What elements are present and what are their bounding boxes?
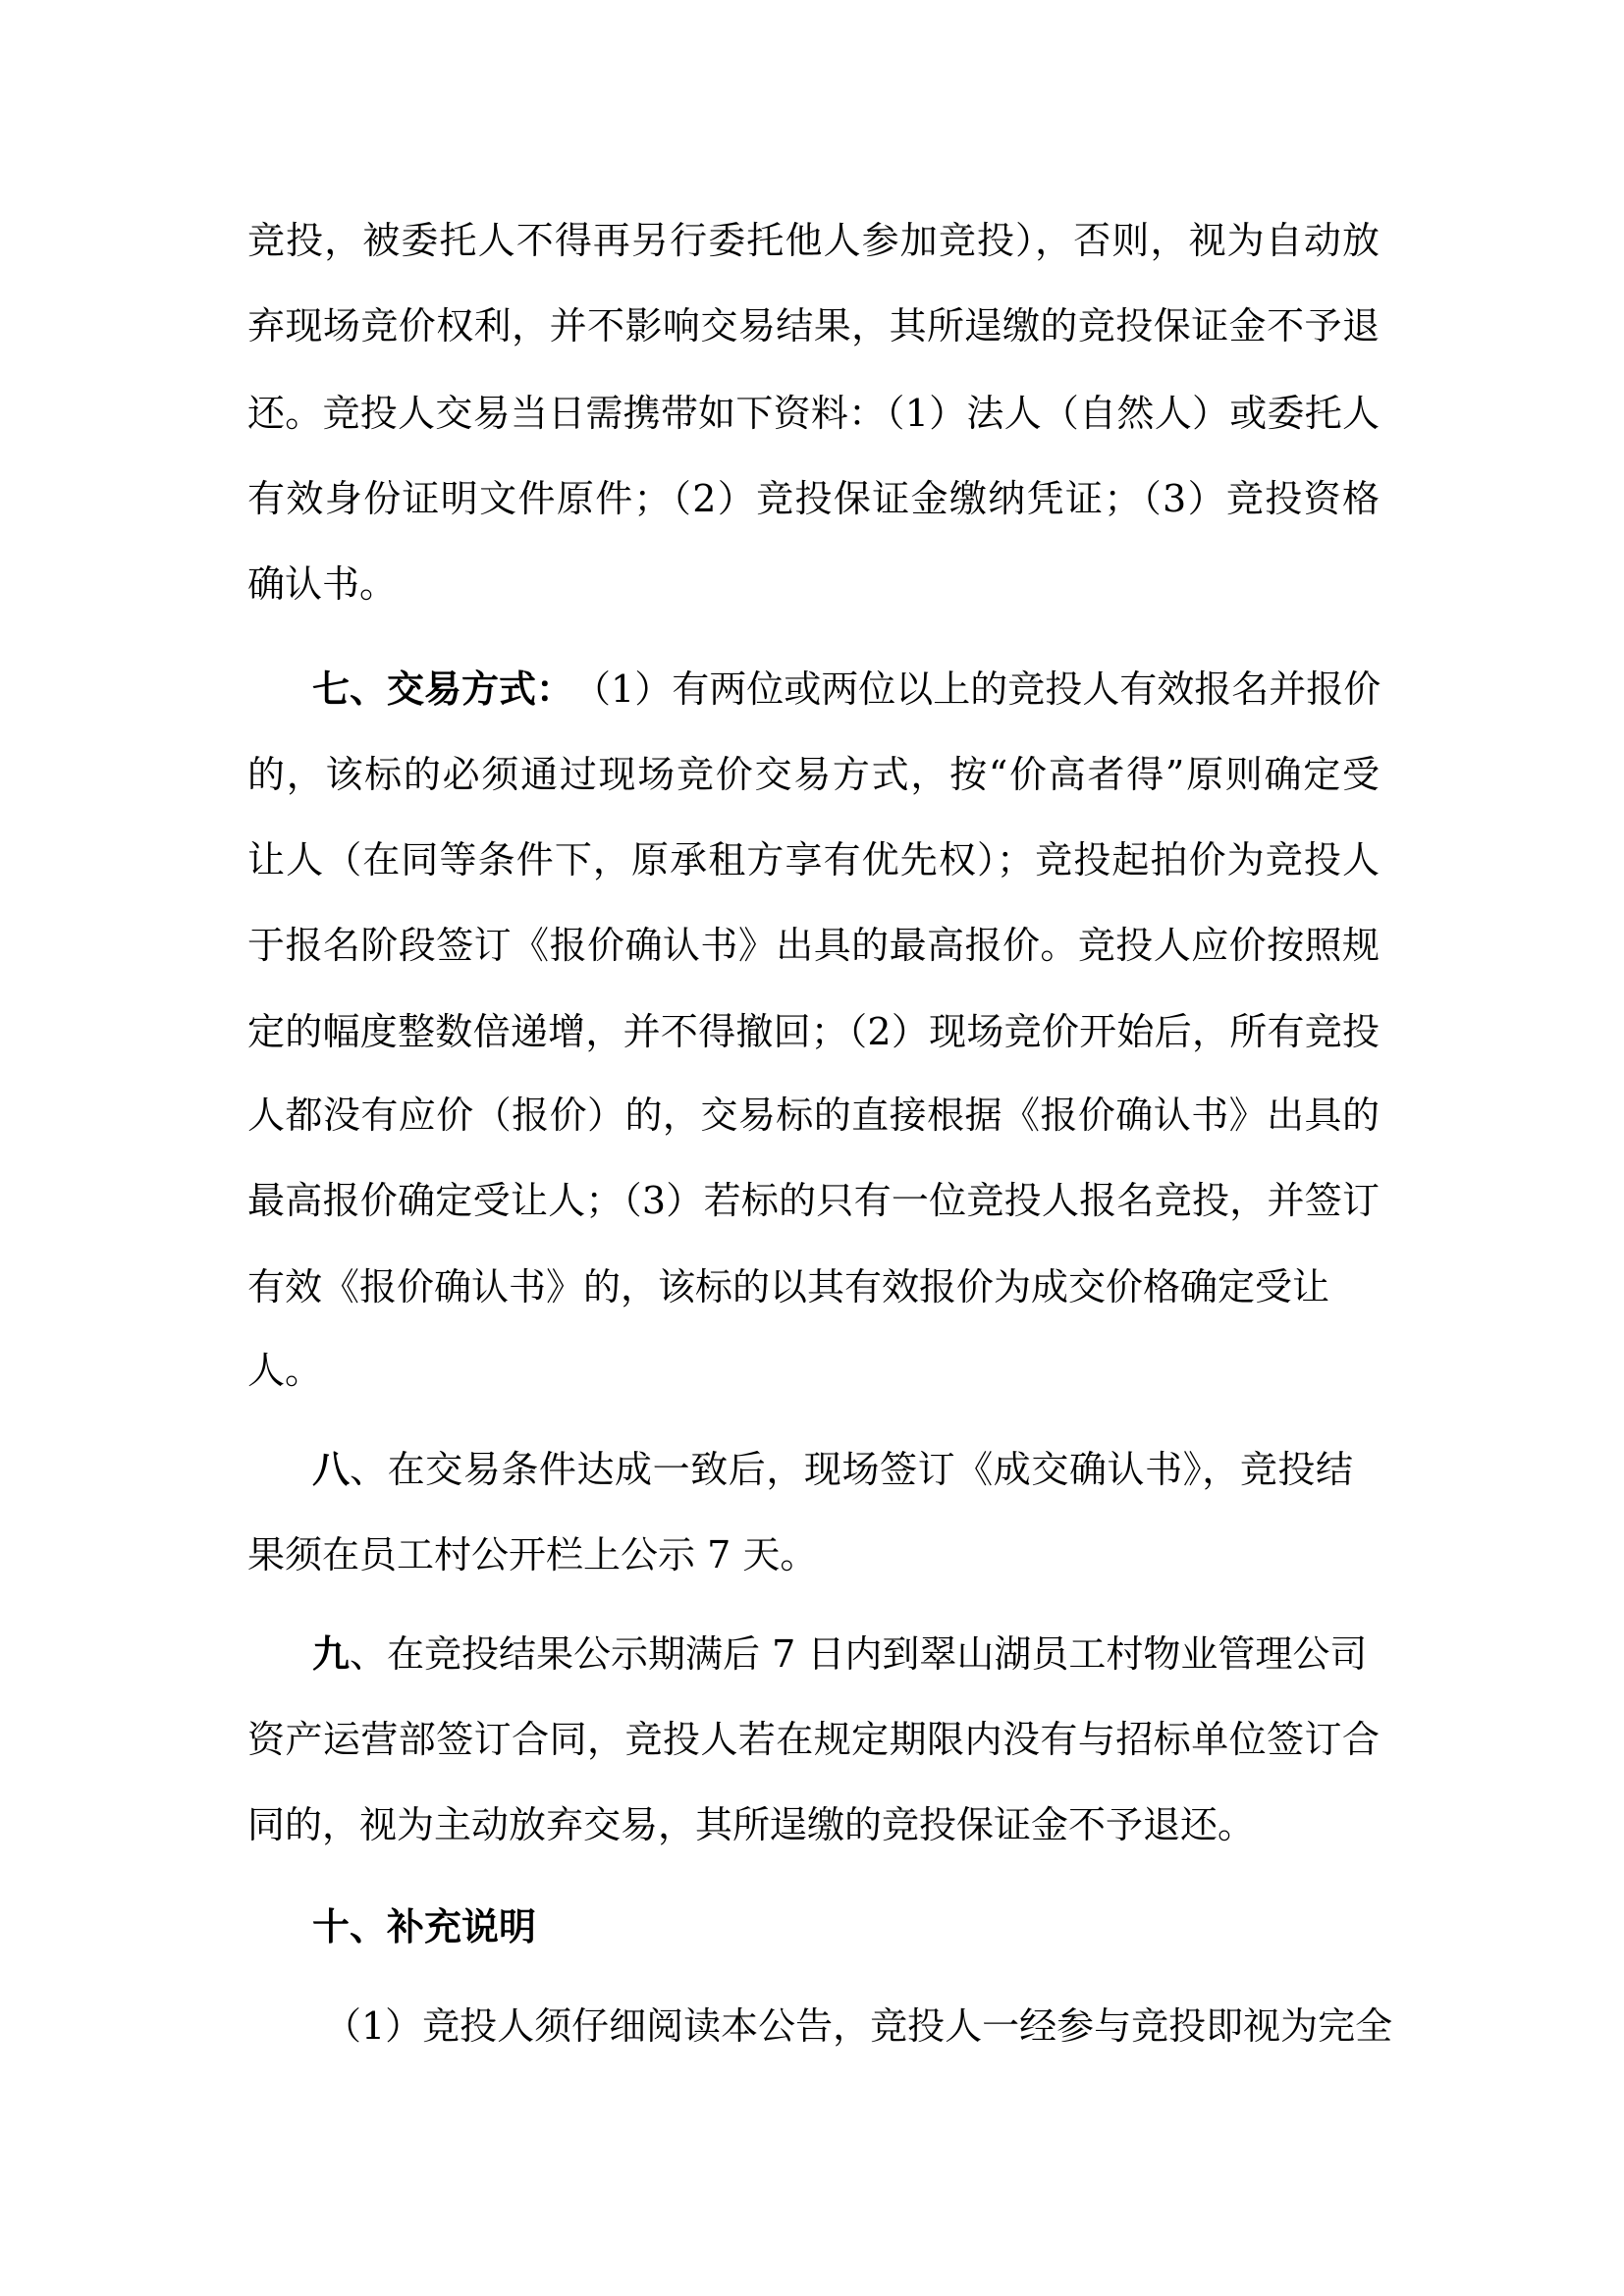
section-9-first-line: 九 、在竞投结果公示期满后 7 日内到翠山湖员工村物业管理公司	[312, 1632, 1353, 1676]
section-7-first-line: 七、交易方式： （1）有两位或两位以上的竞投人有效报名并报价	[312, 667, 1380, 711]
text-line: 确认书。	[247, 562, 397, 606]
text-line: （1）竞投人须仔细阅读本公告，竞投人一经参与竞投即视为完全	[324, 2004, 1370, 2048]
text-line: 让人（在同等条件下，原承租方享有优先权）；竞投起拍价为竞投人	[247, 838, 1380, 881]
text-line: 人。	[247, 1349, 322, 1392]
section-8-first-line: 八 、在交易条件达成一致后，现场签订《成交确认书》，竞投结	[312, 1448, 1353, 1491]
text-line: 同的，视为主动放弃交易，其所逞缴的竞投保证金不予退还。	[247, 1803, 1255, 1846]
document-page: 竞投，被委托人不得再另行委托他人参加竞投），否则，视为自动放 弃现场竞价权利，并…	[0, 0, 1624, 2296]
text-line: 竞投，被委托人不得再另行委托他人参加竞投），否则，视为自动放	[247, 219, 1380, 262]
text-line: 、在竞投结果公示期满后 7 日内到翠山湖员工村物业管理公司	[350, 1632, 1367, 1676]
text-line: 有效身份证明文件原件；（2）竞投保证金缴纳凭证；（3）竞投资格	[247, 477, 1380, 520]
text-line: 人都没有应价（报价）的，交易标的直接根据《报价确认书》出具的	[247, 1094, 1380, 1137]
text-line: 最高报价确定受让人；（3）若标的只有一位竞投人报名竞投，并签订	[247, 1179, 1380, 1222]
text-line: 定的幅度整数倍递增，并不得撤回；（2）现场竞价开始后，所有竞投	[247, 1010, 1380, 1053]
section-heading: 七、交易方式：	[312, 667, 573, 711]
text-line: 弃现场竞价权利，并不影响交易结果，其所逞缴的竞投保证金不予退	[247, 304, 1380, 347]
text-line: 、在交易条件达成一致后，现场签订《成交确认书》，竞投结	[350, 1448, 1353, 1491]
section-heading: 十、补充说明	[312, 1905, 536, 1949]
text-line: 资产运营部签订合同，竞投人若在规定期限内没有与招标单位签订合	[247, 1718, 1380, 1761]
text-line: 果须在员工村公开栏上公示 7 天。	[247, 1533, 817, 1576]
section-number: 八	[312, 1448, 350, 1491]
text-line: 的，该标的必须通过现场竞价交易方式，按“价高者得”原则确定受	[247, 753, 1380, 796]
text-line: 还。竞投人交易当日需携带如下资料：（1）法人（自然人）或委托人	[247, 392, 1380, 435]
text-line: 于报名阶段签订《报价确认书》出具的最高报价。竞投人应价按照规	[247, 924, 1380, 967]
text-line: （1）有两位或两位以上的竞投人有效报名并报价	[573, 667, 1380, 711]
section-number: 九	[312, 1632, 350, 1676]
text-line: 有效《报价确认书》的，该标的以其有效报价为成交价格确定受让	[247, 1265, 1327, 1308]
